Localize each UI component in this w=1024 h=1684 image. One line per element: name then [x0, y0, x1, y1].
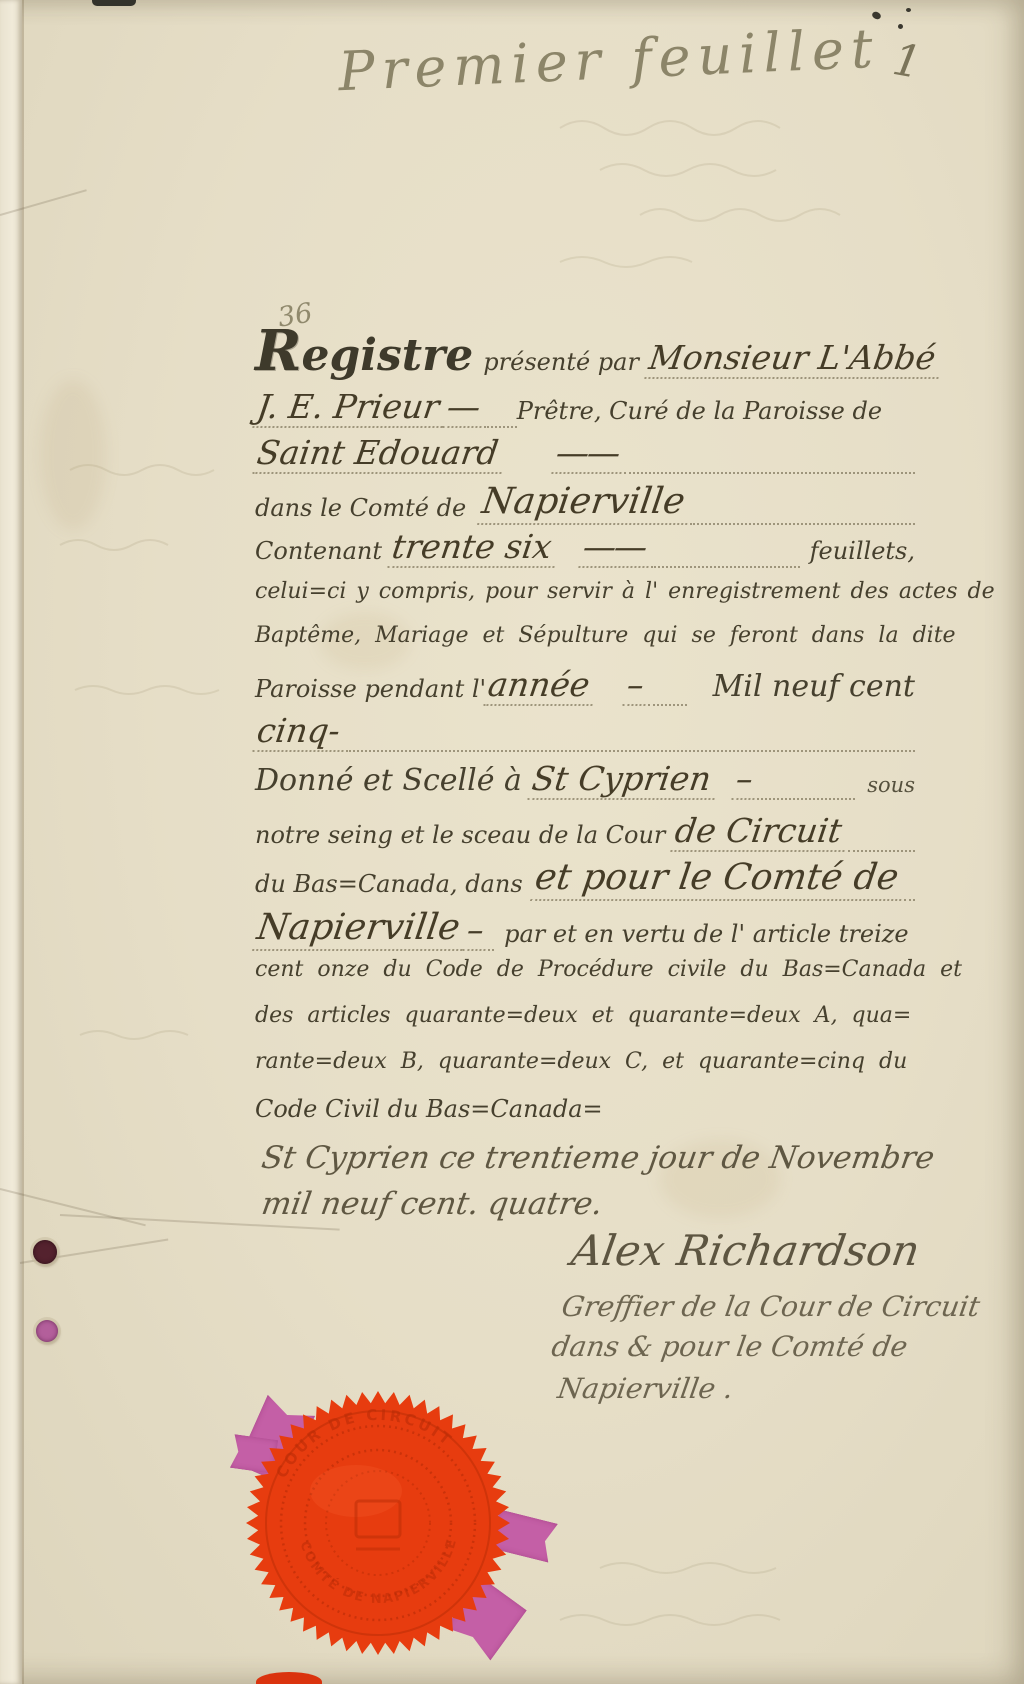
register-page: Premier feuillet 1 36 Registre présenté … [0, 0, 1024, 1684]
handwritten-entry: Saint Edouard [252, 436, 506, 474]
form-line-folios: Contenant trente six —— feuillets, [255, 530, 915, 568]
printed-text: rante=deux B, quarante=deux C, et quaran… [255, 1050, 907, 1077]
printed-text: dans le Comté de [255, 495, 466, 524]
spacer [882, 408, 915, 427]
rule-line [488, 930, 494, 951]
printed-text: Baptême, Mariage et Sépulture qui se fer… [255, 624, 956, 651]
form-line-title: Registre présenté par Monsieur L'Abbé [255, 326, 915, 378]
rule-line [648, 684, 687, 705]
form-line-body: Baptême, Mariage et Sépulture qui se fer… [255, 624, 915, 651]
ink-speck [898, 24, 903, 29]
form-line-body: des articles quarante=deux et quarante=d… [255, 1004, 915, 1031]
clerk-title: Greffier de la Cour de Circuit [559, 1290, 982, 1323]
form-line-year-hand: cinq- [255, 714, 915, 752]
printed-text: Mil neuf cent [713, 670, 915, 706]
printed-text: Prêtre, Curé de la Paroisse de [517, 398, 882, 427]
handwritten-entry: cinq- [252, 714, 348, 752]
rule-line [624, 452, 915, 473]
rule-line [346, 730, 915, 751]
form-line-county: dans le Comté de Napierville [255, 484, 915, 525]
form-line-body: cent onze du Code de Procédure civile du… [255, 958, 915, 985]
paper-stain [40, 380, 106, 530]
printed-text: celui=ci y compris, pour servir à l' enr… [255, 580, 995, 607]
handwritten-entry: J. E. Prieur [252, 390, 447, 428]
printed-text: Paroisse pendant l' [255, 676, 486, 705]
rule-line [651, 546, 799, 567]
clerk-signature: Alex Richardson [568, 1226, 923, 1275]
form-line-body: rante=deux B, quarante=deux C, et quaran… [255, 1050, 915, 1077]
closing-place-date: mil neuf cent. quatre. [259, 1186, 605, 1222]
form-line-given-sealed: Donné et Scellé à St Cyprien – sous [255, 762, 915, 800]
ink-speck [906, 8, 911, 12]
rule-line [848, 830, 915, 851]
handwritten-dash: – [732, 762, 760, 800]
handwritten-dash: — [442, 390, 486, 428]
form-line-parish: Saint Edouard —— [255, 436, 915, 474]
rule-line [484, 406, 517, 427]
printed-text: par et en vertu de l' article treize [504, 921, 909, 950]
binding-grommet [33, 1240, 57, 1264]
printed-text: feuillets, [810, 538, 915, 567]
form-line-body: Code Civil du Bas=Canada= [255, 1096, 915, 1125]
printed-text: Code Civil du Bas=Canada= [255, 1096, 603, 1125]
form-title: egistre [302, 335, 484, 379]
handwritten-entry: trente six [387, 530, 559, 568]
ornate-initial: R [255, 326, 302, 378]
seal-starburst [246, 1391, 510, 1655]
header-handwritten-note: Premier feuillet [337, 16, 899, 103]
form-line-county2: Napierville – par et en vertu de l' arti… [255, 910, 915, 951]
form-line-body: celui=ci y compris, pour servir à l' enr… [255, 580, 915, 607]
rule-line [904, 880, 915, 901]
handwritten-entry: année [483, 668, 598, 706]
printed-text: du Bas=Canada, dans [255, 871, 523, 900]
form-line-district: du Bas=Canada, dans et pour le Comté de [255, 860, 915, 901]
torn-left-edge [0, 0, 22, 1684]
closing-place-date: St Cyprien ce trentieme jour de Novembre [259, 1140, 937, 1176]
handwritten-entry: Napierville [477, 484, 693, 525]
rule-line [757, 778, 855, 799]
form-line-court: notre seing et le sceau de la Cour de Ci… [255, 814, 915, 852]
printed-text: notre seing et le sceau de la Cour [255, 822, 665, 851]
handwritten-dash: – [463, 913, 491, 951]
top-edge-notch [92, 0, 136, 6]
form-line-priest: J. E. Prieur — Prêtre, Curé de la Parois… [255, 390, 915, 428]
spacer [909, 932, 915, 951]
handwritten-dash: —— [579, 530, 654, 568]
form-line-year: Paroisse pendant l' année – Mil neuf cen… [255, 668, 915, 706]
clerk-title: dans & pour le Comté de [549, 1330, 910, 1363]
seal-fragment [256, 1672, 322, 1684]
court-seal: COUR DE CIRCUIT COMTÉ DE NAPIERVILLE [228, 1373, 528, 1673]
printed-text: présenté par [483, 349, 639, 378]
binding-grommet [36, 1320, 58, 1342]
handwritten-dash: – [623, 668, 651, 706]
left-edge-shadow [22, 0, 24, 1684]
handwritten-entry: Napierville [252, 910, 468, 951]
handwritten-entry: St Cyprien [527, 762, 719, 800]
handwritten-entry: Monsieur L'Abbé [644, 341, 943, 379]
printed-text: sous [867, 774, 915, 800]
handwritten-entry: et pour le Comté de [530, 860, 907, 901]
rule-line [690, 504, 915, 525]
handwritten-entry: de Circuit [671, 814, 851, 852]
printed-text: des articles quarante=deux et quarante=d… [255, 1004, 911, 1031]
clerk-title: Napierville . [555, 1372, 735, 1405]
printed-text: cent onze du Code de Procédure civile du… [255, 958, 962, 985]
printed-text: Donné et Scellé à [255, 764, 522, 800]
handwritten-dash: —— [551, 436, 626, 474]
printed-text: Contenant [255, 538, 382, 567]
